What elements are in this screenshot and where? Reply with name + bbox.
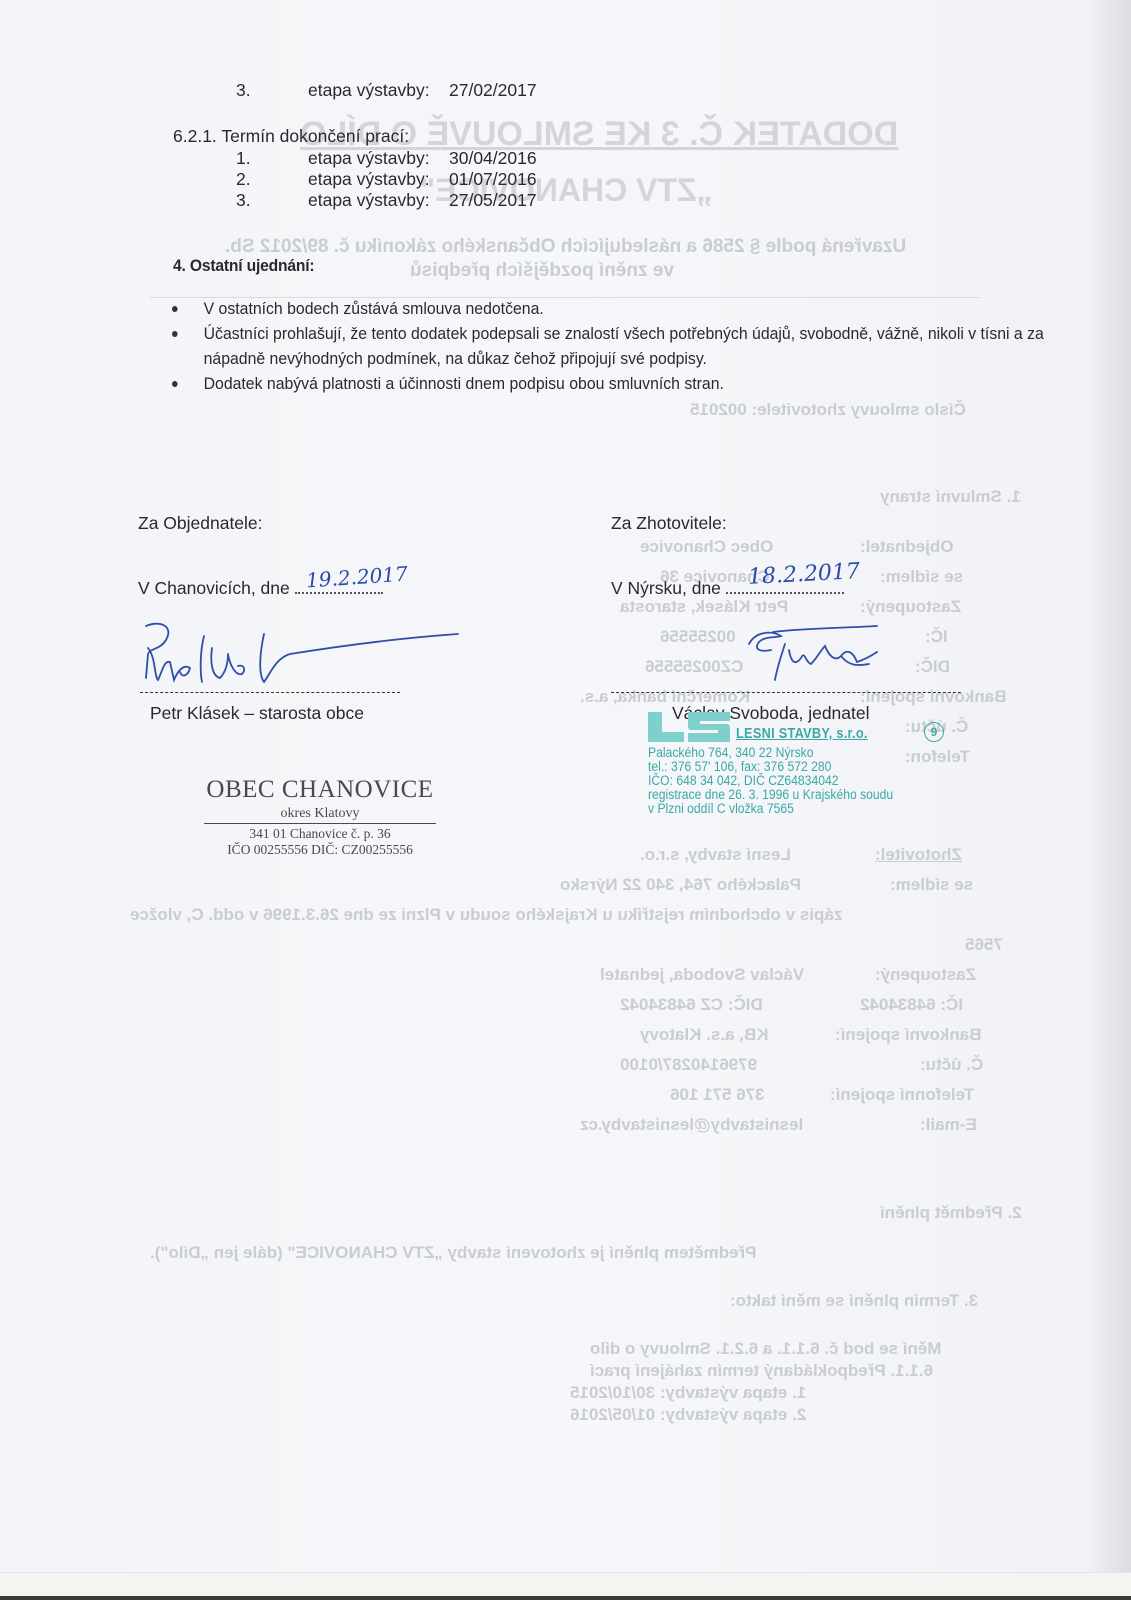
- bullet-icon: [172, 331, 178, 337]
- signature-line: [611, 692, 961, 693]
- list-item: Účastníci prohlašují, že tento dodatek p…: [172, 321, 1082, 371]
- signature-line: [140, 692, 400, 693]
- scanner-edge: [0, 1596, 1131, 1600]
- contractor-signature: [745, 622, 885, 682]
- stamp-details: Palackého 764, 340 22 Nýrsko tel.: 376 5…: [648, 746, 893, 816]
- obec-chanovice-stamp: OBEC CHANOVICE okres Klatovy 341 01 Chan…: [200, 776, 440, 858]
- stage-date: 01/07/2016: [449, 169, 537, 190]
- ghost-parties: 1. Smluvní strany: [880, 487, 1021, 507]
- stage-number: 3.: [236, 80, 251, 101]
- section-4-heading: 4. Ostatní ujednání:: [173, 256, 314, 276]
- client-signer-name: Petr Klásek – starosta obce: [150, 703, 364, 724]
- scanned-page: DODATEK Č. 3 KE SMLOUVĚ O DÍLO „ZTV CHAN…: [0, 0, 1131, 1572]
- contractor-label: Za Zhotovitele:: [611, 513, 727, 534]
- date-dotted-line: [726, 588, 844, 594]
- section-4-bullet-list: V ostatních bodech zůstává smlouva nedot…: [172, 296, 1009, 396]
- stage-label: etapa výstavby:: [308, 80, 430, 101]
- ghost-contract-no: Číslo smlouvy zhotovitele: 002015: [690, 400, 966, 420]
- stage-date: 27/02/2017: [449, 80, 537, 101]
- bullet-icon: [172, 381, 178, 387]
- ghost-intro-2: ve znění pozdějších předpisů: [410, 260, 674, 282]
- client-label: Za Objednatele:: [138, 513, 263, 534]
- completion-section-title: 6.2.1. Termín dokončení prací:: [173, 126, 409, 147]
- client-handwritten-date: 19.2.2017: [305, 561, 408, 592]
- bullet-icon: [172, 306, 178, 312]
- list-item: Dodatek nabývá platnosti a účinnosti dne…: [172, 371, 1009, 396]
- stamp-company-name: LESNI STAVBY, s.r.o.: [736, 726, 868, 742]
- scanner-bed-strip: [0, 1572, 1131, 1597]
- ghost-intro-1: Uzavřená podle § 2586 a následujících Ob…: [225, 236, 906, 258]
- lesni-stavby-logo-icon: [648, 712, 730, 742]
- list-item: V ostatních bodech zůstává smlouva nedot…: [172, 296, 1009, 321]
- stamp-number-badge: 9: [924, 722, 944, 742]
- stage-date: 27/05/2017: [449, 190, 537, 211]
- stage-date: 30/04/2016: [449, 148, 537, 169]
- client-signature: [140, 618, 460, 690]
- bleed-through-text: DODATEK Č. 3 KE SMLOUVĚ O DÍLO „ZTV CHAN…: [0, 0, 1131, 1572]
